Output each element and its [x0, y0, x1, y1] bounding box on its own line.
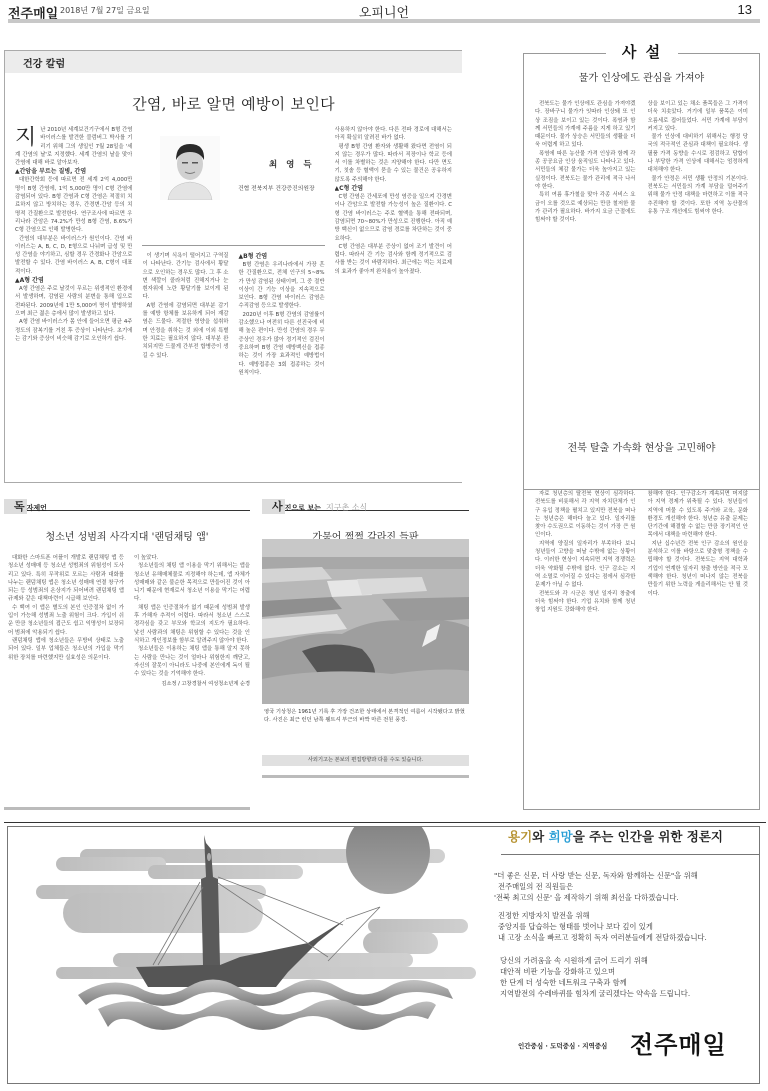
reader-column-tab: 독자제언 [4, 495, 250, 511]
photo-news-tab: 사진으로 보는 지구촌 소식 [262, 495, 469, 511]
subheading: ▲A형 간염 [15, 276, 132, 285]
page-number: 13 [738, 2, 752, 17]
subheading: ▲B형 간염 [239, 252, 325, 261]
ad-brand-logo: 전주매일 [630, 1025, 727, 1060]
reader-byline: 김소정 / 고창경찰서 여성청소년계 순경 [134, 680, 250, 688]
author-role: 건협 전북지부 건강증진의원장 [238, 183, 314, 192]
reader-column: 독자제언 청소년 성범죄 사각지대 '랜덤채팅 앱' 대화한 스마트폰 어플이 … [4, 495, 250, 810]
article-column-3: 사용하지 않아야 한다. 다른 전파 경로에 대해서는 아직 확실히 알려진 바… [335, 126, 452, 476]
health-column-tab: 건강 칼럼 [5, 51, 462, 73]
article-column-2: 최 영 득 건협 전북지부 건강증진의원장 이 생기며 식욕이 떨어지고 구역질… [142, 126, 324, 476]
article-column-1: 지 난 2010년 세계보건기구에서 B형 간염 바이러스를 발견한 블럼버그 … [15, 126, 132, 476]
reader-column-title: 청소년 성범죄 사각지대 '랜덤채팅 앱' [4, 528, 250, 543]
ad-paragraph-3: 당신의 가려움을 속 시원하게 긁어 드리기 위해 대안적 비판 기능을 강화하… [500, 955, 690, 999]
divider [262, 775, 469, 778]
ad-slogan: 인간중심 · 도덕중심 · 지역중심 [518, 1041, 607, 1050]
drop-cap: 지 [15, 128, 36, 148]
divider [501, 854, 759, 855]
author-box: 최 영 득 건협 전북지부 건강증진의원장 [142, 126, 324, 246]
author-photo [160, 136, 220, 200]
reader-column-body: 대화한 스마트폰 어플이 개발로 랜덤채팅 앱 등 청소년 성매매 등 청소년 … [8, 554, 250, 789]
editorial-box: 사 설 물가 인상에도 관심을 가져야 전북도는 물가 인상에도 관심을 가져야… [523, 53, 760, 490]
editorial-label: 사 설 [606, 41, 678, 62]
health-column-body: 지 난 2010년 세계보건기구에서 B형 간염 바이러스를 발견한 블럼버그 … [15, 126, 452, 476]
health-column: 건강 칼럼 간염, 바로 알면 예방이 보인다 지 난 2010년 세계보건기구… [4, 50, 462, 483]
subheading: ▲C형 간염 [335, 184, 452, 193]
ad-headline: 용기와 희망을 주는 인간을 위한 정론지 [508, 827, 723, 845]
editorial-body-1: 전북도는 물가 인상에도 관심을 가져야겠다. 장바구니 물가가 잇따라 인상돼… [535, 100, 748, 405]
editorial-body-2: 자료 청년층의 탈전북 현상이 심각하다. 전북도를 비롯해서 각 지역 자치단… [535, 490, 748, 799]
photo-news: 사진으로 보는 지구촌 소식 가뭄어 쩍쩍 갈라진 들판 영국 기상청은 196… [262, 495, 469, 810]
photo-caption: 영국 기상청은 1961년 기록 후 가장 건조한 상태에서 본격적인 여름이 … [264, 708, 467, 724]
landscape-photo [262, 539, 469, 704]
ad-paragraph-2: 진정한 지방자치 발전을 위해 중앙지를 답습하는 형태를 벗어나 보다 깊이 … [498, 910, 707, 943]
editorial-title-2: 전북 탈출 가속화 현상을 고민해야 [524, 439, 759, 454]
author-name: 최 영 득 [269, 158, 315, 170]
editorial-box-continued: 자료 청년층의 탈전북 현상이 심각하다. 전북도를 비롯해서 각 지역 자치단… [523, 490, 760, 810]
masthead-divider [8, 19, 760, 23]
section-divider [4, 822, 766, 823]
editorial-title-1: 물가 인상에도 관심을 가져야 [524, 69, 759, 84]
subheading: ▲간암을 부르는 질병, 간염 [15, 167, 132, 176]
health-column-title: 간염, 바로 알면 예방이 보인다 [5, 93, 462, 114]
divider [4, 807, 250, 810]
disclaimer: 사외기고는 본보의 편집방향과 다를 수도 있습니다. [262, 755, 469, 766]
ad-paragraph-1: "더 좋은 신문, 더 사랑 받는 신문, 독자와 함께하는 신문"을 위해 전… [494, 870, 698, 903]
pen-ship-illustration [8, 827, 478, 1083]
